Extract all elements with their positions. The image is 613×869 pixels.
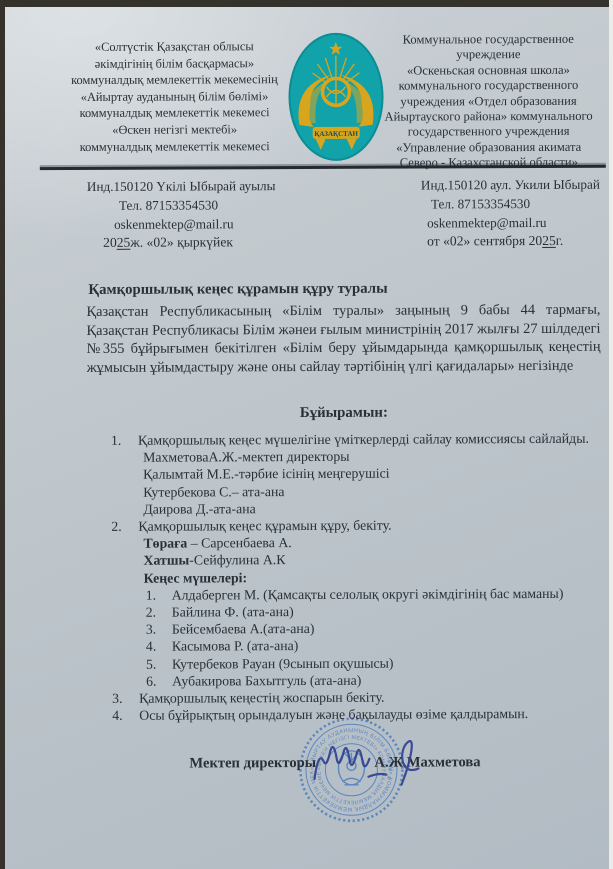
letterhead-line: учреждение: [369, 47, 607, 63]
member-number: 4.: [146, 638, 172, 655]
letterhead-line: Коммунальное государственное: [369, 32, 607, 48]
role-label: Төраға: [143, 536, 187, 551]
letterhead-line: коммуналдық мемлекеттік мекемесінің: [58, 71, 290, 89]
letterhead-line: коммуналдық мемлекеттік мекемесі: [59, 138, 291, 156]
member-number: 5.: [146, 655, 172, 672]
member-number: 6.: [146, 672, 172, 689]
phone-line: Тел. 87153354530: [431, 194, 600, 214]
order-item-2: 2. Қамқоршылық кеңес құрамын құру, бекіт…: [111, 516, 609, 535]
members-heading-label: Кеңес мүшелері:: [144, 570, 248, 585]
commission-member: Кутербекова С.– ата-ана: [143, 481, 609, 500]
order-preamble: Қазақстан Республикасының «Білім туралы»…: [86, 301, 600, 378]
item-text: Қамқоршылық кеңес мүшелігіне үміткерлерд…: [138, 430, 596, 449]
member-number: 1.: [146, 586, 172, 603]
council-member: 3.Бейсембаева А.(ата-ана): [146, 619, 610, 638]
order-item-1: 1. Қамқоршылық кеңес мүшелігіне үміткерл…: [111, 430, 609, 449]
letterhead-russian: Коммунальное государственное учреждение …: [369, 32, 608, 172]
council-member: 4.Касымова Р. (ата-ана): [146, 636, 610, 655]
document-content: «Солтүстік Қазақстан облысы әкімдігінің …: [3, 6, 611, 869]
member-text: Касымова Р. (ата-ана): [172, 636, 610, 655]
council-chair: Төраға – Сарсенбаева А.: [143, 533, 609, 552]
address-line: Инд.150120 Үкілі Ыбырай ауылы: [87, 176, 276, 196]
letterhead-line: Айыртауского района» коммунального: [370, 109, 608, 125]
order-subject: Қамқоршылық кеңес құрамын құру туралы: [88, 281, 387, 299]
letterhead-line: государственного учреждения: [370, 124, 608, 140]
signature-role: Мектеп директоры: [189, 755, 316, 773]
council-members-list: 1.Алдаберген М. (Қамсақты селолық округі…: [146, 585, 610, 690]
member-text: Кутербеков Рауан (9сынып оқушысы): [172, 653, 610, 672]
order-items: 1. Қамқоршылық кеңес мүшелігіне үміткерл…: [111, 430, 610, 725]
council-member: 2.Байлина Ф. (ата-ана): [146, 602, 610, 621]
letterhead-line: учреждения «Отдел образования: [370, 93, 608, 109]
phone-line: Тел. 87153354530: [119, 195, 276, 215]
date-text: от «02» сентября 20: [427, 233, 542, 249]
date-russian: от «02» сентября 2025г.: [427, 233, 563, 250]
letterhead-line: «Управление образования акимата: [370, 140, 608, 156]
member-number: 3.: [146, 621, 172, 638]
address-line: Инд.150120 аул. Укили Ыбырай: [421, 175, 600, 195]
members-heading: Кеңес мүшелері:: [144, 567, 610, 586]
date-year: 25: [117, 235, 131, 250]
letterhead-line: «Оскеньская основная школа»: [369, 62, 607, 78]
date-text: г.: [556, 233, 564, 248]
decree-heading: Бұйырамын:: [87, 404, 601, 423]
item-number: 4.: [112, 707, 139, 724]
role-value: -Сейфулина А.К: [189, 553, 285, 568]
commission-member: Қалымтай М.Е.-тәрбие ісінің меңгерушісі: [143, 464, 609, 483]
contact-block-left: Инд.150120 Үкілі Ыбырай ауылы Тел. 87153…: [87, 176, 276, 234]
letterhead-line: әкімдігінің білім басқармасы»: [58, 55, 290, 73]
council-member: 5.Кутербеков Рауан (9сынып оқушысы): [146, 653, 610, 672]
member-text: Байлина Ф. (ата-ана): [172, 602, 610, 621]
role-label: Хатшы: [144, 553, 190, 568]
contact-block-right: Инд.150120 аул. Укили Ыбырай Тел. 871533…: [421, 175, 600, 233]
council-secretary: Хатшы-Сейфулина А.К: [143, 550, 609, 569]
letterhead-line: «Солтүстік Қазақстан облысы: [58, 38, 290, 56]
member-text: Бейсембаева А.(ата-ана): [172, 619, 610, 638]
letterhead-kazakh: «Солтүстік Қазақстан облысы әкімдігінің …: [58, 38, 291, 155]
email-line: oskenmektep@mail.ru: [114, 214, 276, 234]
letterhead-line: Северо - Казахстанской области»: [370, 155, 608, 171]
commission-member: МахметоваА.Ж.-мектеп директоры: [143, 447, 609, 466]
date-year: 25: [542, 233, 556, 248]
letterhead-line: коммунального государственного: [369, 78, 607, 94]
member-text: Алдаберген М. (Қамсақты селолық округі ә…: [172, 585, 610, 604]
emblem-banner-text: ҚАЗАҚСТАН: [314, 130, 358, 138]
item-text: Қамқоршылық кеңес құрамын құру, бекіту.: [138, 516, 596, 535]
item-number: 2.: [111, 518, 138, 535]
date-text: ж. «02» қыркүйек: [130, 234, 233, 249]
letterhead-line: «Өскен негізгі мектебі»: [59, 121, 291, 139]
item-number: 3.: [112, 690, 139, 707]
item-number: 1.: [111, 432, 138, 449]
member-number: 2.: [146, 604, 172, 621]
date-kazakh: 2025ж. «02» қыркүйек: [103, 234, 233, 251]
email-line: oskenmektep@mail.ru: [427, 213, 600, 233]
council-member: 1.Алдаберген М. (Қамсақты селолық округі…: [146, 585, 610, 604]
role-value: – Сарсенбаева А.: [187, 535, 291, 550]
commission-member: Даирова Д.-ата-ана: [143, 498, 609, 517]
handwritten-signature: [306, 732, 436, 795]
date-text: 20: [103, 235, 117, 250]
document-photo: «Солтүстік Қазақстан облысы әкімдігінің …: [0, 0, 613, 869]
letterhead-line: коммуналдық мемлекеттік мекемесі: [59, 104, 291, 122]
letterhead-line: «Айыртау ауданының білім бөлімі»: [58, 88, 290, 106]
